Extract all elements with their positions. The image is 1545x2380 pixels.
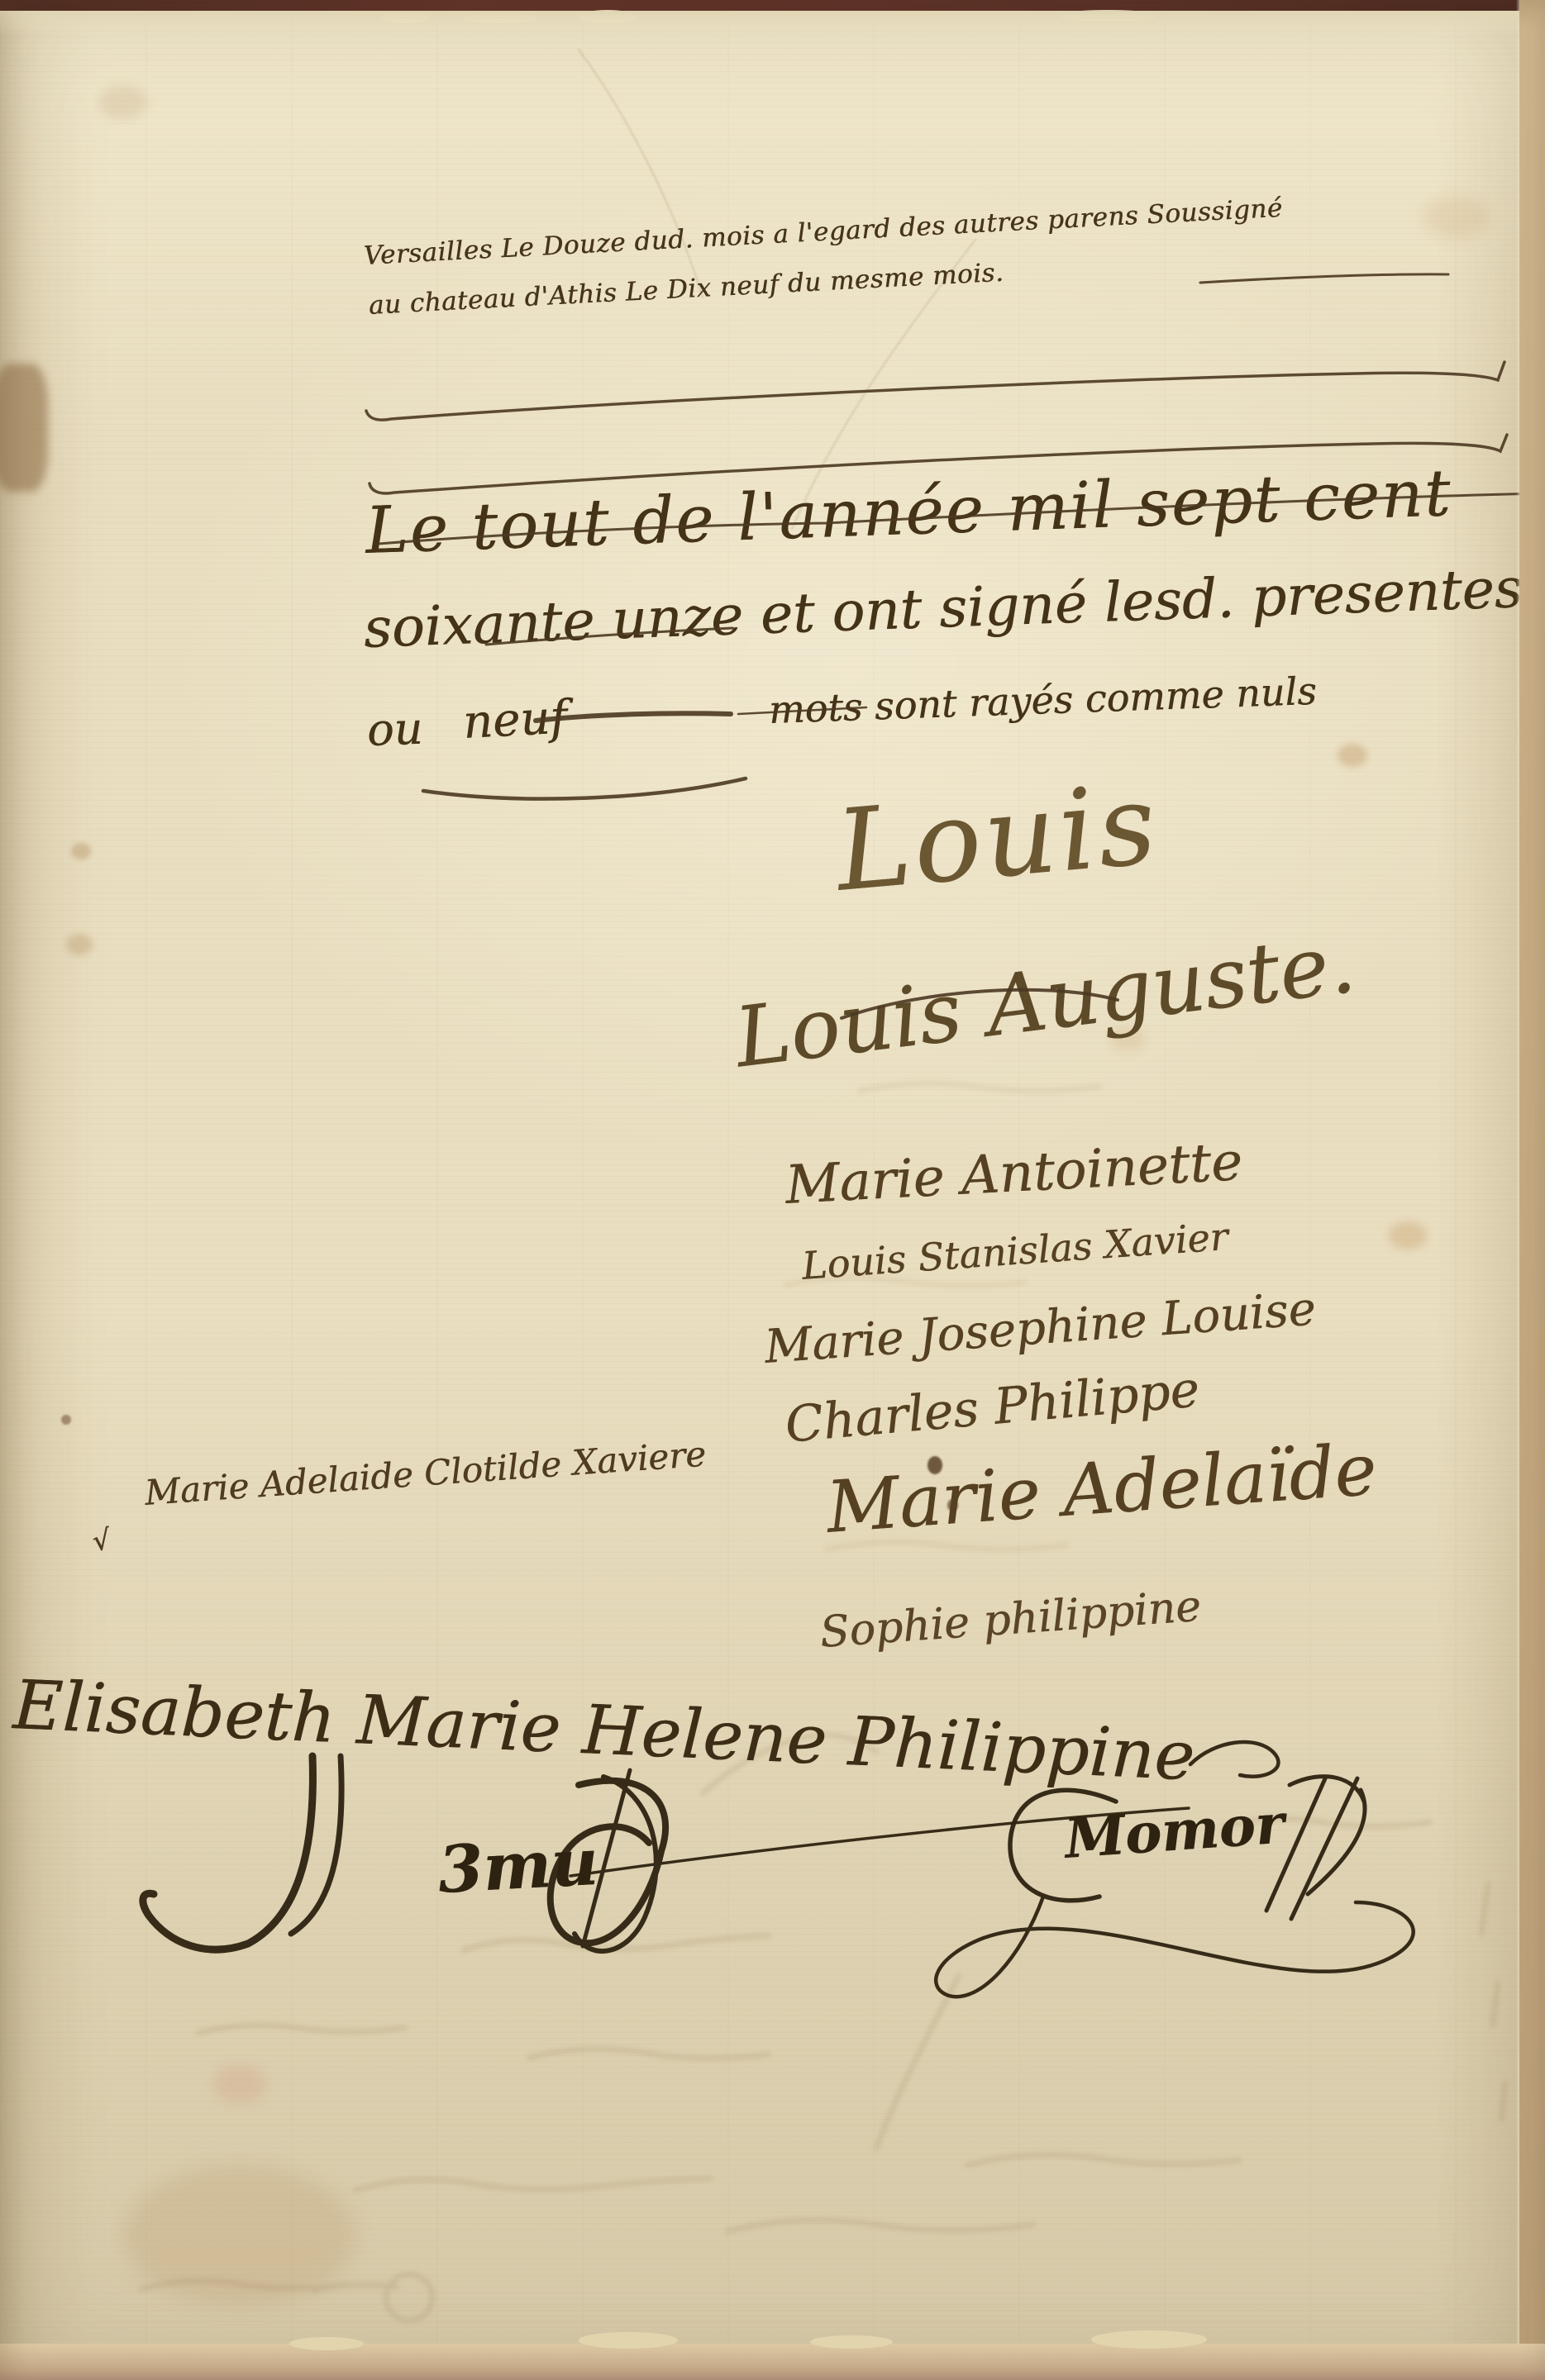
foxing-spot bbox=[66, 934, 93, 955]
foxing-spot bbox=[1338, 744, 1367, 767]
binding-edge bbox=[0, 0, 1545, 11]
closing-statement-line3-prefix: ou bbox=[366, 702, 423, 756]
under-page-right-strip bbox=[1519, 0, 1545, 2380]
ink-speck bbox=[61, 1415, 71, 1425]
edge-chip bbox=[579, 10, 637, 23]
pen-strokes-layer bbox=[0, 0, 1545, 2380]
paper-top-edge bbox=[0, 11, 1545, 36]
closing-statement-line3-suffix: mots sont rayés comme nuls bbox=[768, 669, 1318, 732]
foxing-spot bbox=[1423, 197, 1490, 238]
bleedthrough-layer bbox=[0, 0, 1545, 2380]
signature-louis: Louis bbox=[831, 759, 1164, 916]
laid-paper-texture bbox=[0, 0, 1545, 2380]
edge-chip bbox=[1058, 10, 1157, 21]
check-mark: √ bbox=[90, 1523, 112, 1559]
signature-marie-adelaide: Marie Adelaïde bbox=[824, 1429, 1380, 1549]
paraph-left-letters: 3mu bbox=[436, 1825, 600, 1908]
pink-spot bbox=[213, 2064, 266, 2104]
bottom-left-stain bbox=[124, 2165, 355, 2306]
edge-chip bbox=[380, 12, 430, 23]
left-edge-stain bbox=[0, 364, 48, 492]
under-page-bottom-strip bbox=[0, 2344, 1545, 2380]
edge-chip bbox=[289, 2337, 364, 2350]
signature-louis-auguste: Louis Auguste. bbox=[730, 915, 1360, 1087]
paraph-right-letters: Momor bbox=[1062, 1792, 1286, 1871]
foxing-spot bbox=[99, 86, 147, 119]
signature-marie-antoinette: Marie Antoinette bbox=[784, 1131, 1244, 1216]
foxing-spot bbox=[1389, 1221, 1427, 1249]
edge-chip bbox=[810, 2335, 893, 2349]
signature-elisabeth-marie-helene-philippine: Elisabeth Marie Helene Philippine bbox=[12, 1666, 1196, 1796]
edge-chip bbox=[463, 13, 537, 23]
signature-louis-stanislas-xavier: Louis Stanislas Xavier bbox=[800, 1214, 1229, 1288]
signature-charles-philippe: Charles Philippe bbox=[783, 1360, 1202, 1454]
manuscript-page: Versailles Le Douze dud. mois a l'egard … bbox=[0, 0, 1545, 2380]
edge-chip bbox=[579, 2332, 678, 2349]
closing-statement-inserted-word: neuf bbox=[461, 690, 568, 750]
edge-chip bbox=[1091, 2330, 1207, 2349]
signature-marie-josephine-louise: Marie Josephine Louise bbox=[763, 1282, 1318, 1373]
marginal-note-line1: Versailles Le Douze dud. mois a l'egard … bbox=[363, 193, 1283, 271]
closing-statement-line2: soixante unze et ont signé lesd. present… bbox=[363, 556, 1524, 660]
marginal-note-line2: au chateau d'Athis Le Dix neuf du mesme … bbox=[368, 258, 1004, 321]
foxing-spot bbox=[71, 843, 91, 859]
signature-marie-adelaide-clotilde-xaviere: Marie Adelaide Clotilde Xaviere bbox=[143, 1434, 707, 1513]
closing-statement-line1: Le tout de l'année mil sept cent bbox=[364, 456, 1452, 569]
signature-sophie-philippine: Sophie philippine bbox=[818, 1582, 1203, 1658]
page-vignette bbox=[0, 0, 1545, 2380]
